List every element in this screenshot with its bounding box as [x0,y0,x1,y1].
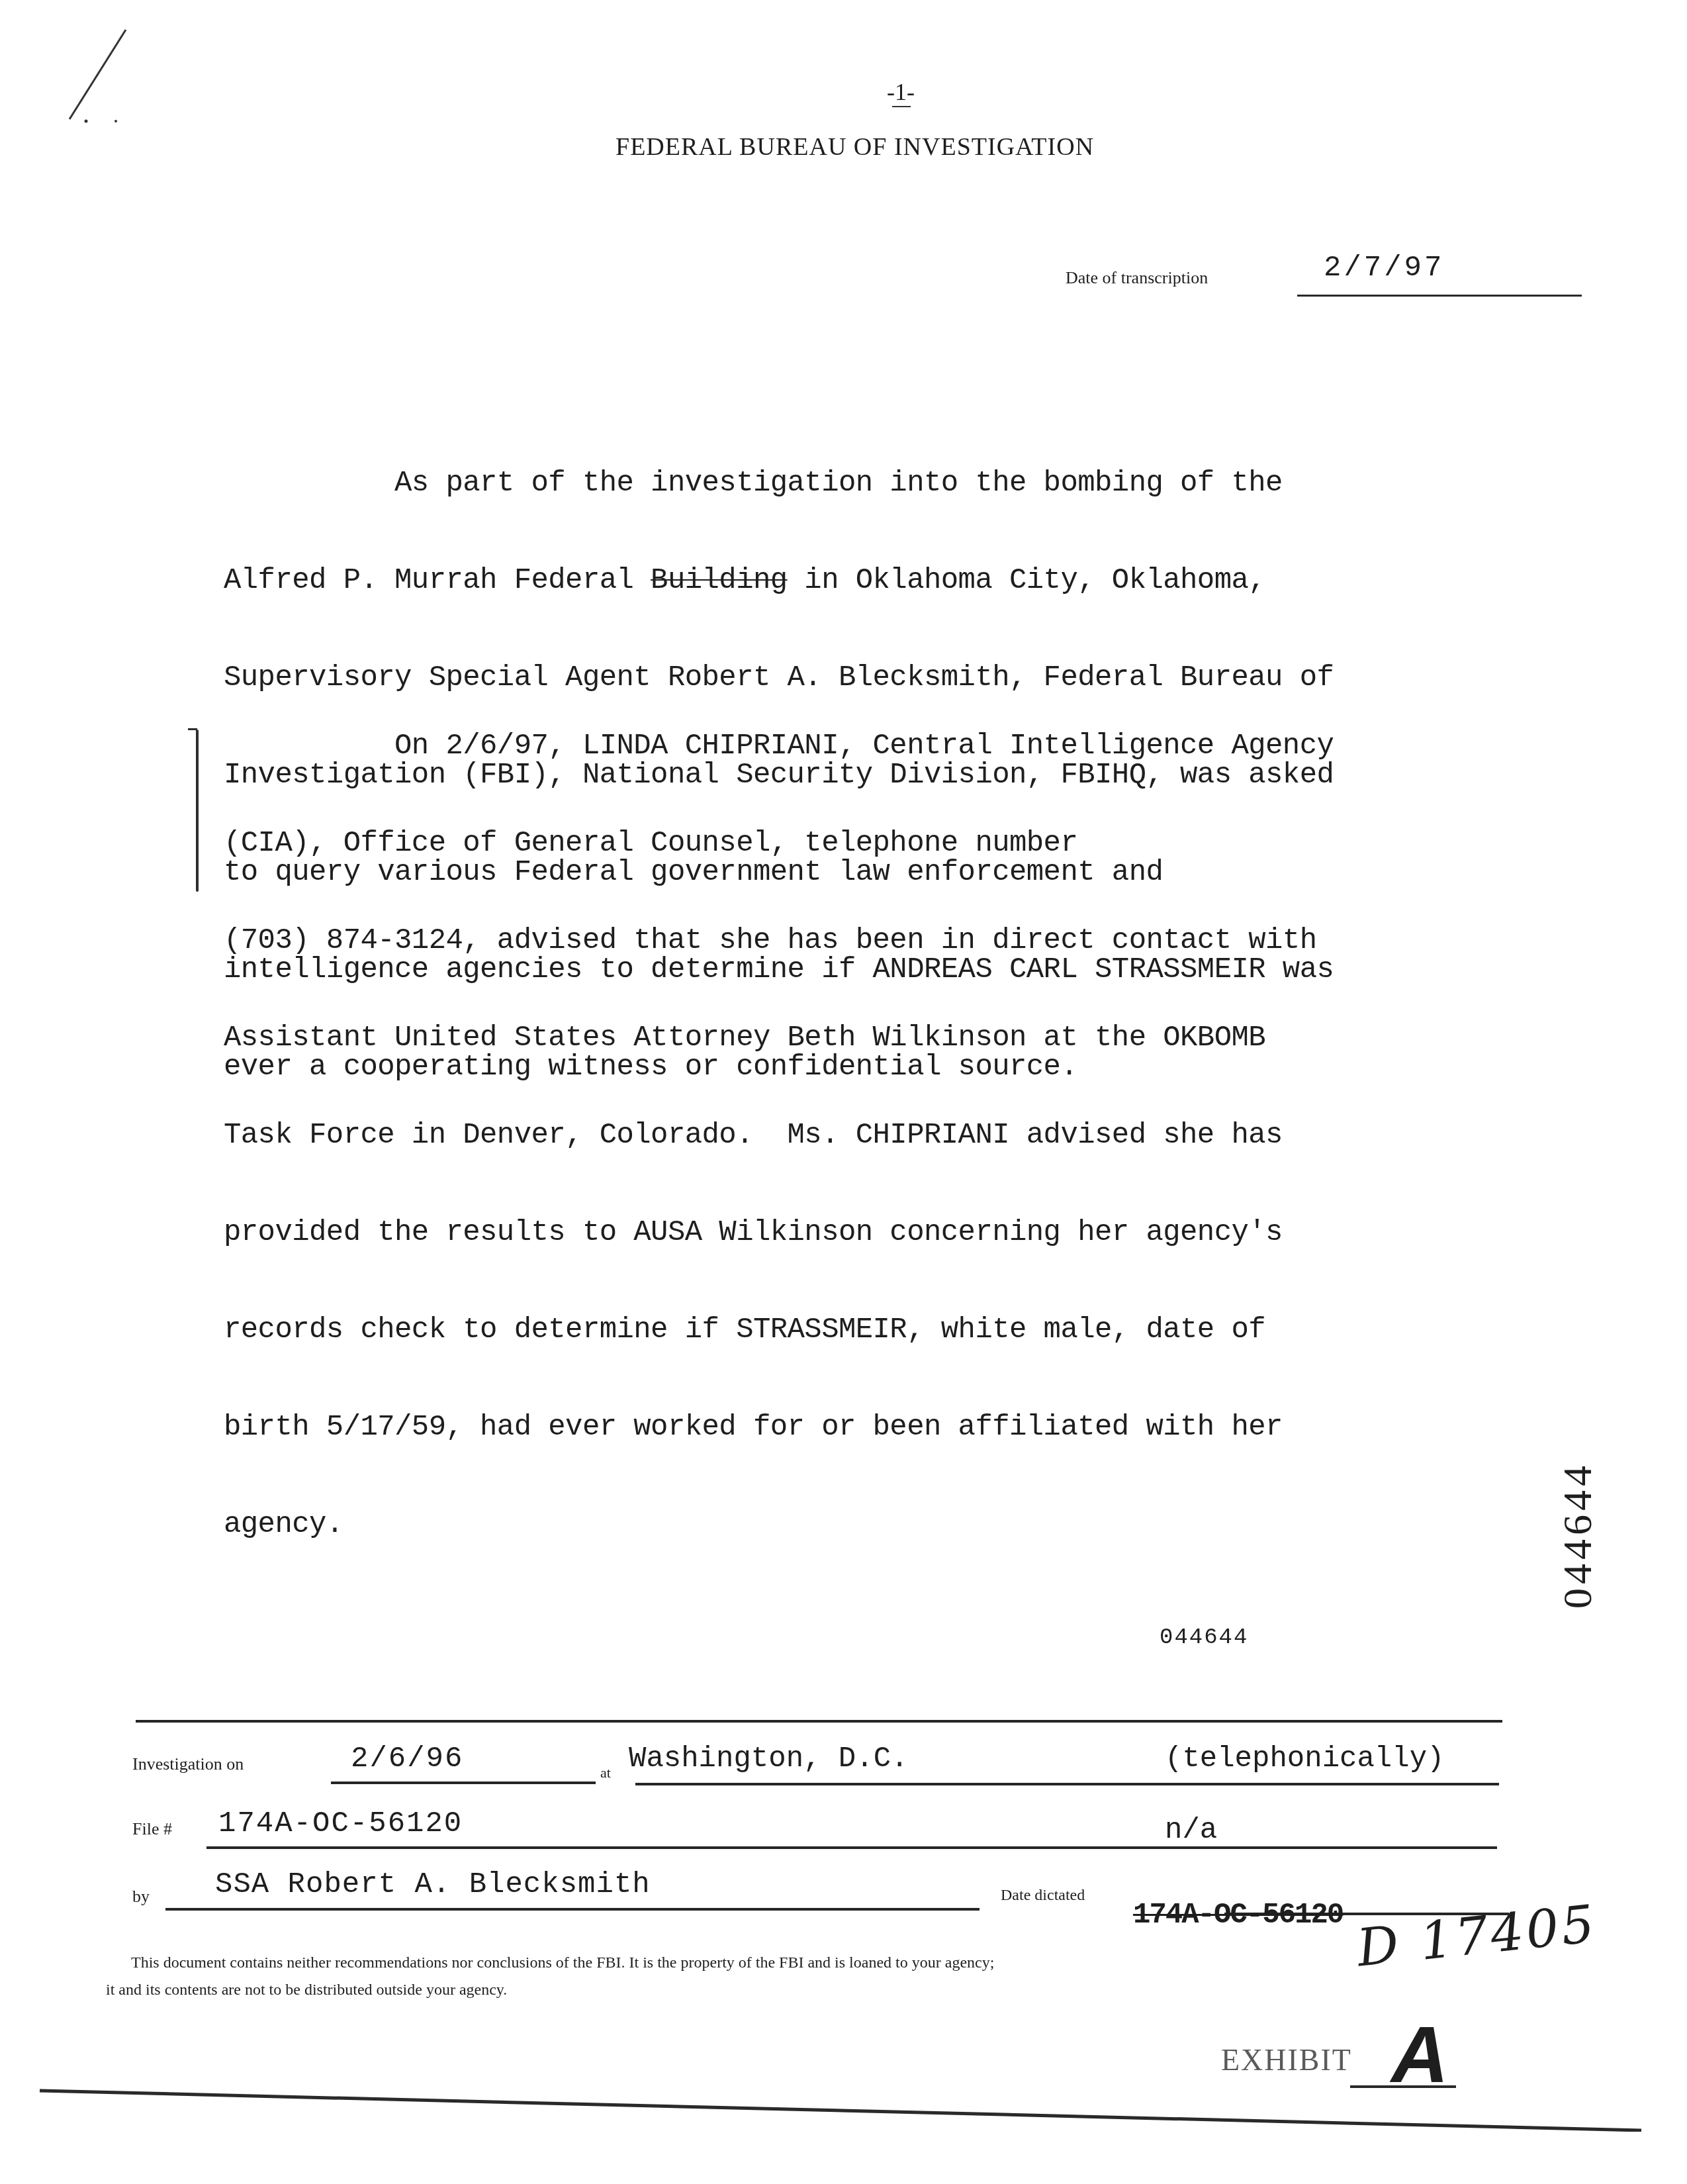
investigation-date: 2/6/96 [351,1742,463,1776]
investigation-on-label: Investigation on [132,1754,244,1774]
transcription-date: 2/7/97 [1324,252,1444,285]
handwritten-document-number: D 17405 [1354,1894,1600,1979]
investigation-place-line [635,1783,1499,1785]
margin-bracket [196,730,199,892]
investigation-date-line [331,1781,596,1784]
paragraph-cia-contact: On 2/6/97, LINDA CHIPRIANI, Central Inte… [224,665,1334,1574]
file-extra-value: n/a [1165,1814,1217,1847]
date-dictated-label: Date dictated [1001,1887,1085,1905]
paragraph-line: records check to determine if STRASSMEIR… [224,1314,1334,1347]
paragraph-line: Assistant United States Attorney Beth Wi… [224,1022,1334,1055]
file-number-line [206,1846,1497,1849]
agency-title: FEDERAL BUREAU OF INVESTIGATION [616,132,1094,162]
form-divider-line [136,1720,1502,1723]
paragraph-line: (703) 874-3124, advised that she has bee… [224,925,1334,957]
struck-word: Building [651,564,787,597]
agent-name-line [165,1908,980,1911]
page-number: -1- [887,78,915,106]
paragraph-line: On 2/6/97, LINDA CHIPRIANI, Central Inte… [224,730,1334,763]
paragraph-line: As part of the investigation into the bo… [224,467,1334,500]
by-label: by [132,1887,150,1907]
paragraph-line: birth 5/17/59, had ever worked for or be… [224,1411,1334,1444]
bottom-page-rule [0,2072,1687,2132]
paragraph-line: Task Force in Denver, Colorado. Ms. CHIP… [224,1119,1334,1152]
paragraph-line: agency. [224,1509,1334,1541]
agent-name: SSA Robert A. Blecksmith [215,1868,651,1901]
paragraph-line: Alfred P. Murrah Federal Building in Okl… [224,565,1334,597]
file-number: 174A-OC-56120 [218,1807,463,1840]
at-label: at [600,1764,611,1781]
transcription-date-line [1297,295,1582,297]
investigation-method: (telephonically) [1165,1742,1444,1776]
transcription-date-label: Date of transcription [1066,268,1208,288]
serial-number-stamp: 044644 [1555,1462,1602,1609]
corner-pen-mark [63,26,149,126]
serial-number-typed: 044644 [1160,1625,1248,1650]
paragraph-line: provided the results to AUSA Wilkinson c… [224,1217,1334,1249]
paragraph-line: (CIA), Office of General Counsel, teleph… [224,828,1334,860]
disclaimer-line-2: it and its contents are not to be distri… [106,1981,507,1999]
disclaimer-line-1: This document contains neither recommend… [131,1954,994,1972]
date-dictated-stamp: 174A-OC-56120 [1133,1899,1343,1932]
investigation-place: Washington, D.C. [629,1742,908,1776]
file-number-label: File # [132,1819,172,1839]
